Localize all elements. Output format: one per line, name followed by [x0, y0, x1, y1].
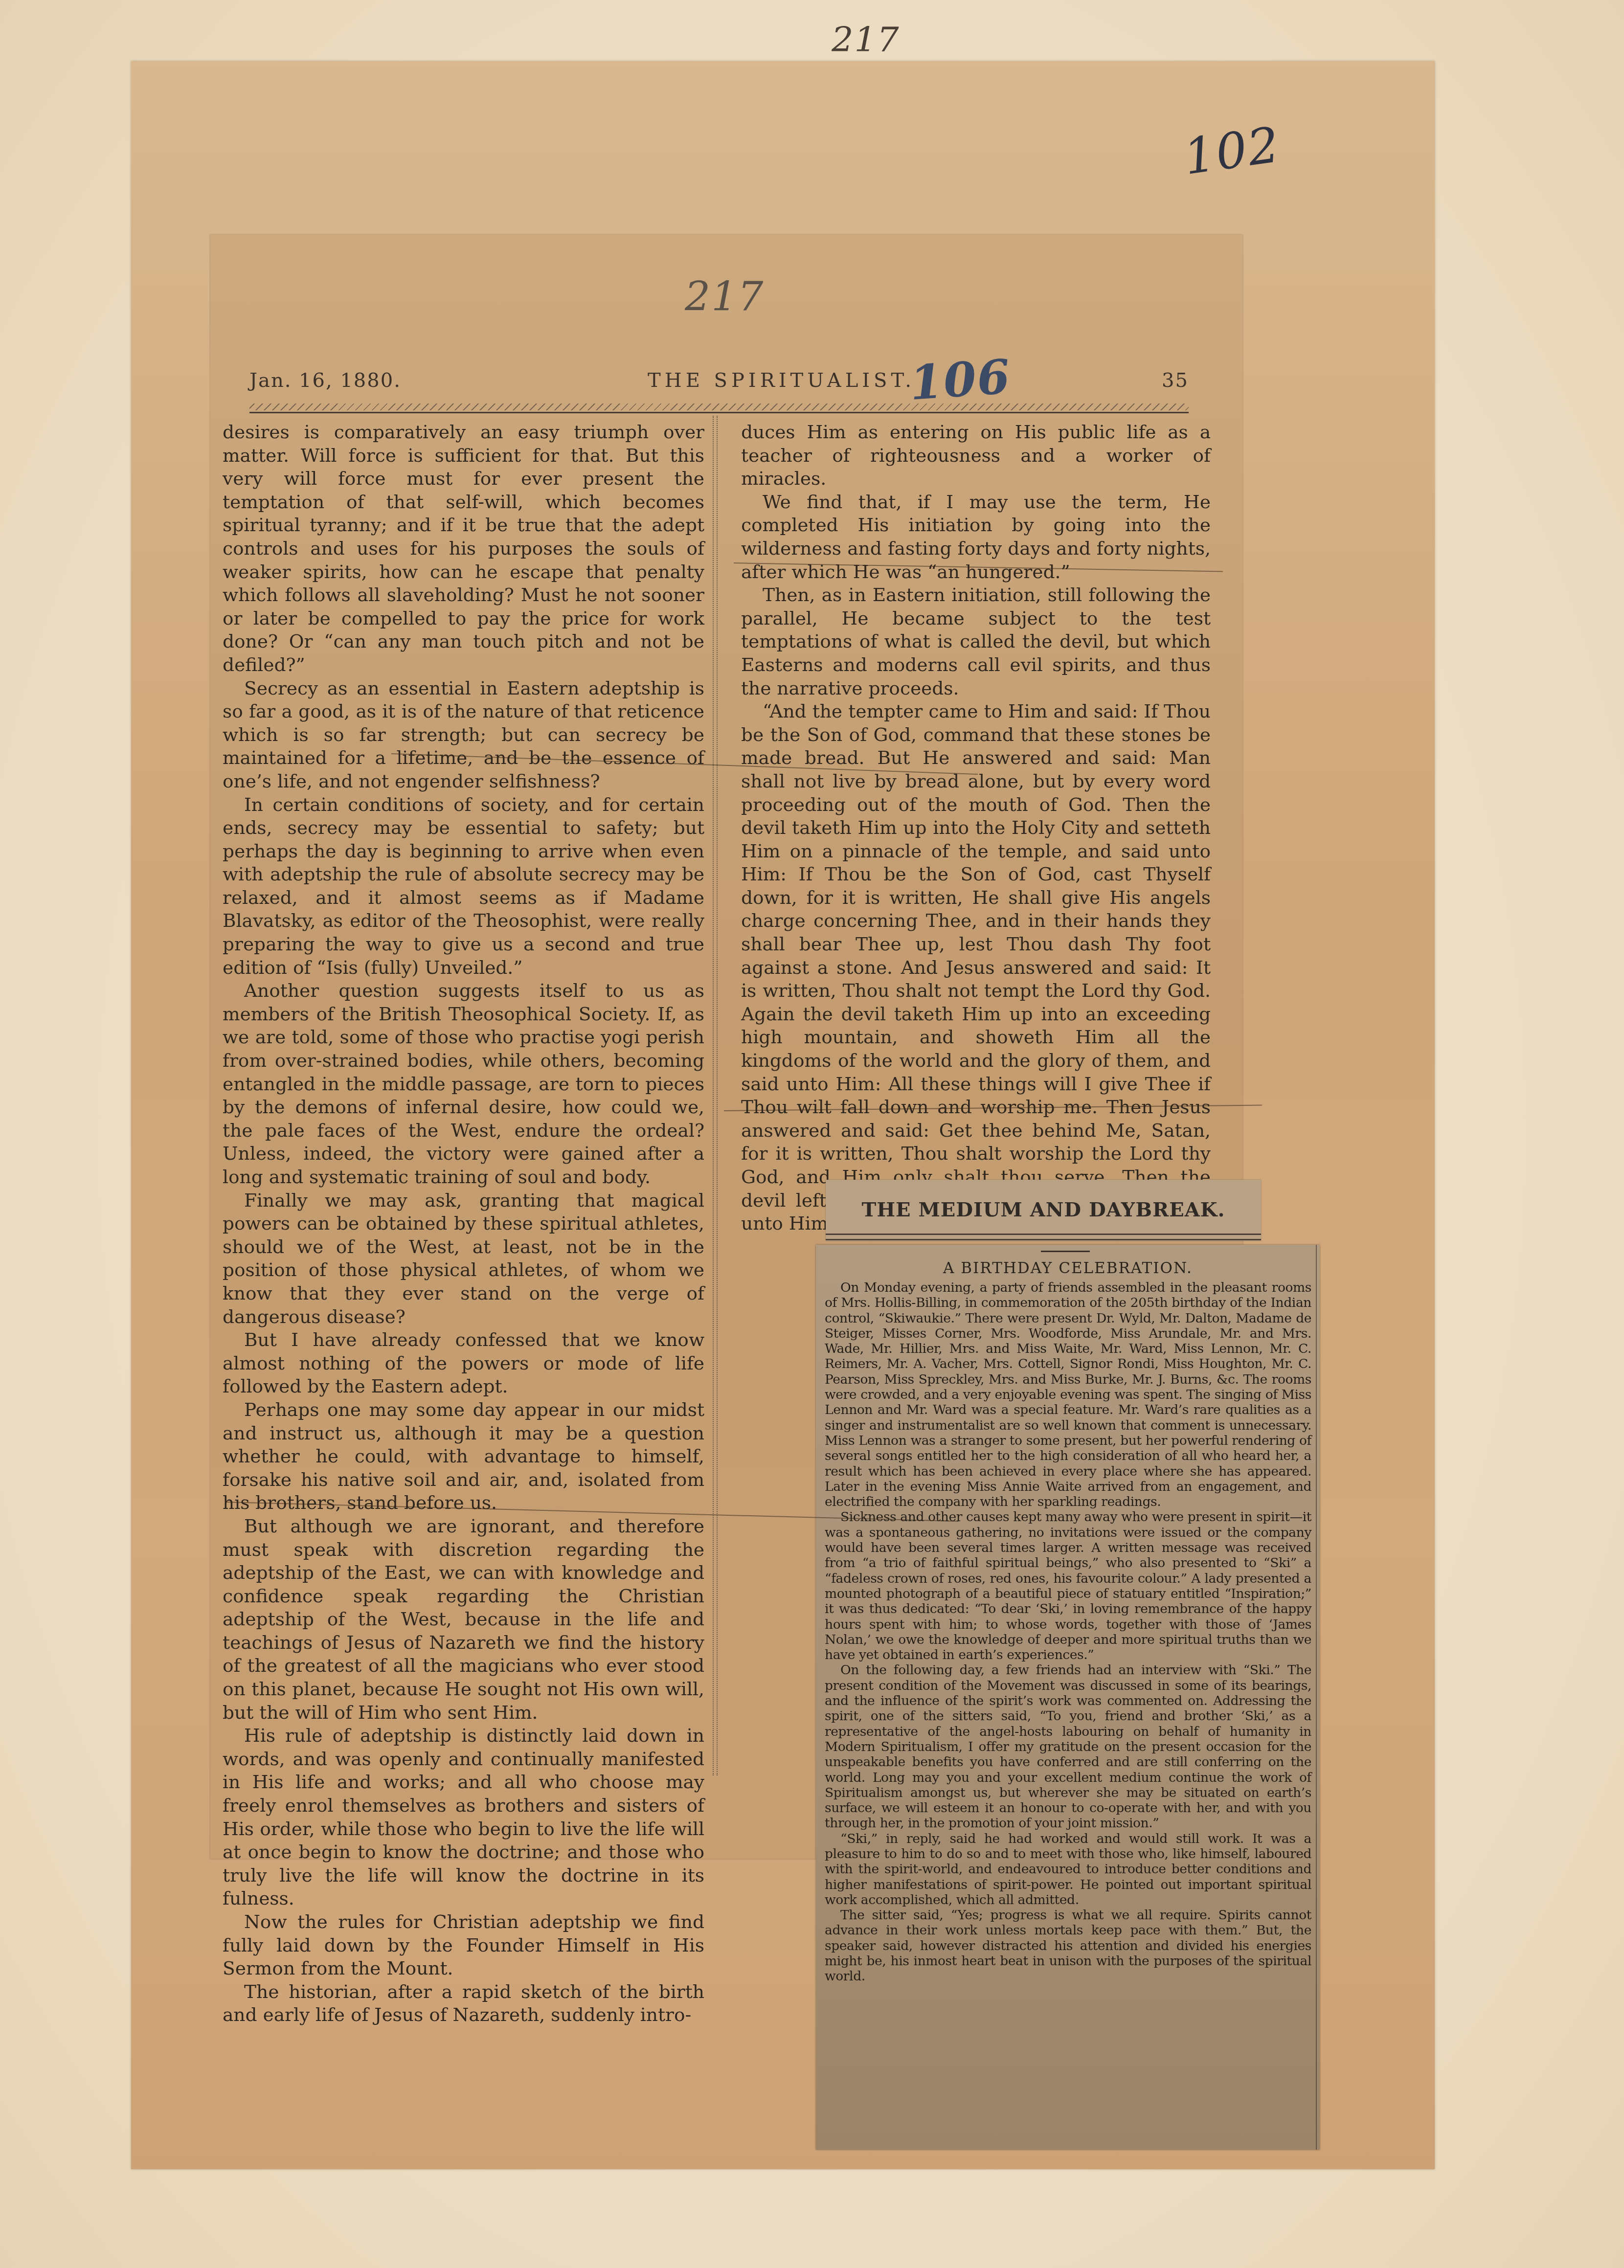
birthday-clipping: A BIRTHDAY CELEBRATION. On Monday evenin… [816, 1245, 1320, 2150]
handwritten-page-number-top: 217 [832, 20, 900, 60]
paragraph: The historian, after a rapid sketch of t… [223, 1980, 704, 2027]
masthead-rule [249, 412, 1189, 413]
paragraph: Sickness and other causes kept many away… [825, 1509, 1311, 1662]
paragraph: Finally we may ask, granting that magica… [223, 1189, 704, 1329]
paragraph: But I have already confessed that we kno… [223, 1328, 704, 1398]
article-headline: A BIRTHDAY CELEBRATION. [816, 1259, 1320, 1277]
spiritualist-masthead: Jan. 16, 1880. THE SPIRITUALIST. 35 [249, 369, 1189, 399]
right-column: duces Him as entering on His public life… [741, 421, 1211, 1290]
wavy-rule [249, 404, 1189, 410]
paragraph: Secrecy as an essential in Eastern adept… [223, 677, 704, 793]
paragraph: In certain conditions of society, and fo… [223, 793, 704, 980]
masthead-rule [826, 1234, 1261, 1235]
masthead-date: Jan. 16, 1880. [249, 369, 401, 392]
paragraph: “And the tempter came to Him and said: I… [741, 700, 1211, 1235]
masthead-title: THE SPIRITUALIST. [648, 369, 915, 392]
paragraph: “Ski,” in reply, said he had worked and … [825, 1831, 1311, 1908]
paragraph: His rule of adeptship is distinctly laid… [223, 1724, 704, 1910]
handwritten-clipping-number: 217 [685, 274, 765, 320]
paragraph: Now the rules for Christian adeptship we… [223, 1910, 704, 1980]
medium-daybreak-masthead: THE MEDIUM AND DAYBREAK. [826, 1180, 1261, 1241]
medium-masthead-title: THE MEDIUM AND DAYBREAK. [826, 1198, 1261, 1221]
paragraph: duces Him as entering on His public life… [741, 421, 1211, 491]
paragraph: The sitter said, “Yes; progress is what … [825, 1908, 1311, 1984]
paragraph: But although we are ignorant, and theref… [223, 1515, 704, 1724]
paragraph: On the following day, a few friends had … [825, 1662, 1311, 1831]
paragraph: Another question suggests itself to us a… [223, 979, 704, 1189]
paragraph: Perhaps one may some day appear in our m… [223, 1398, 704, 1515]
left-column: desires is comparatively an easy triumph… [223, 421, 704, 2027]
masthead-rule [826, 1239, 1261, 1240]
paragraph: On Monday evening, a party of friends as… [825, 1280, 1311, 1509]
short-rule [1041, 1251, 1090, 1252]
paragraph: Then, as in Eastern initiation, still fo… [741, 584, 1211, 700]
article-body: On Monday evening, a party of friends as… [825, 1280, 1311, 1984]
handwritten-blue-number: 106 [908, 349, 1013, 411]
masthead-page-number: 35 [1162, 369, 1189, 392]
column-edge-rule [1316, 1245, 1317, 2150]
paragraph: desires is comparatively an easy triumph… [223, 421, 704, 677]
column-divider [713, 416, 718, 1775]
